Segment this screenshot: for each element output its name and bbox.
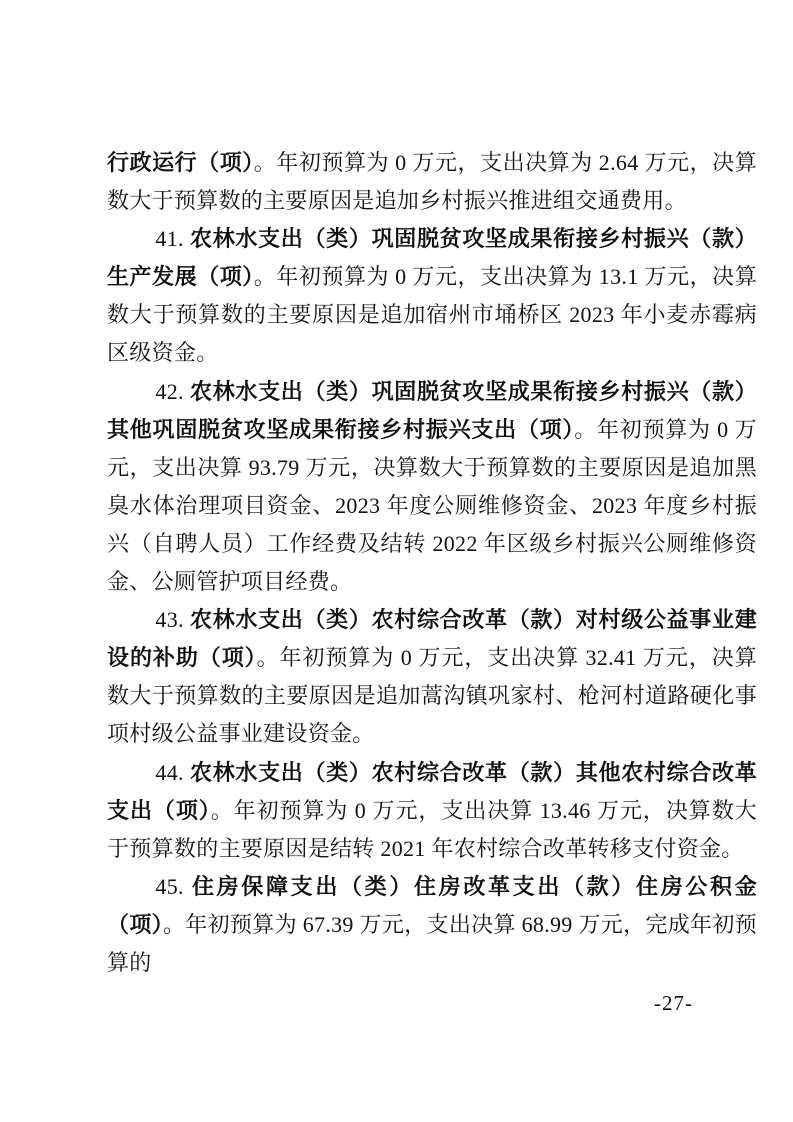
paragraph-item-41: 41. 农林水支出（类）巩固脱贫攻坚成果衔接乡村振兴（款）生产发展（项）。年初预…: [107, 220, 757, 372]
paragraph-item-42: 42. 农林水支出（类）巩固脱贫攻坚成果衔接乡村振兴（款）其他巩固脱贫攻坚成果衔…: [107, 373, 757, 602]
item-44-number: 44.: [155, 760, 190, 785]
paragraph-item-44: 44. 农林水支出（类）农村综合改革（款）其他农村综合改革支出（项）。年初预算为…: [107, 754, 757, 868]
item-42-number: 42.: [155, 379, 190, 404]
document-body: 行政运行（项）。年初预算为 0 万元，支出决算为 2.64 万元，决算数大于预算…: [107, 144, 757, 982]
item-43-number: 43.: [155, 607, 190, 632]
item-40-heading-continuation: 行政运行（项）: [107, 150, 254, 175]
document-page: 行政运行（项）。年初预算为 0 万元，支出决算为 2.64 万元，决算数大于预算…: [0, 0, 793, 1122]
page-number: -27-: [654, 991, 693, 1016]
paragraph-item-43: 43. 农林水支出（类）农村综合改革（款）对村级公益事业建设的补助（项）。年初预…: [107, 601, 757, 753]
paragraph-item-40-continuation: 行政运行（项）。年初预算为 0 万元，支出决算为 2.64 万元，决算数大于预算…: [107, 144, 757, 220]
paragraph-item-45: 45. 住房保障支出（类）住房改革支出（款）住房公积金（项）。年初预算为 67.…: [107, 868, 757, 982]
item-41-number: 41.: [155, 226, 190, 251]
item-45-number: 45.: [155, 874, 192, 899]
item-42-body-text: 。年初预算为 0 万元，支出决算 93.79 万元，决算数大于预算数的主要原因是…: [107, 417, 757, 594]
item-45-body-text: 。年初预算为 67.39 万元，支出决算 68.99 万元，完成年初预算的: [107, 912, 757, 975]
